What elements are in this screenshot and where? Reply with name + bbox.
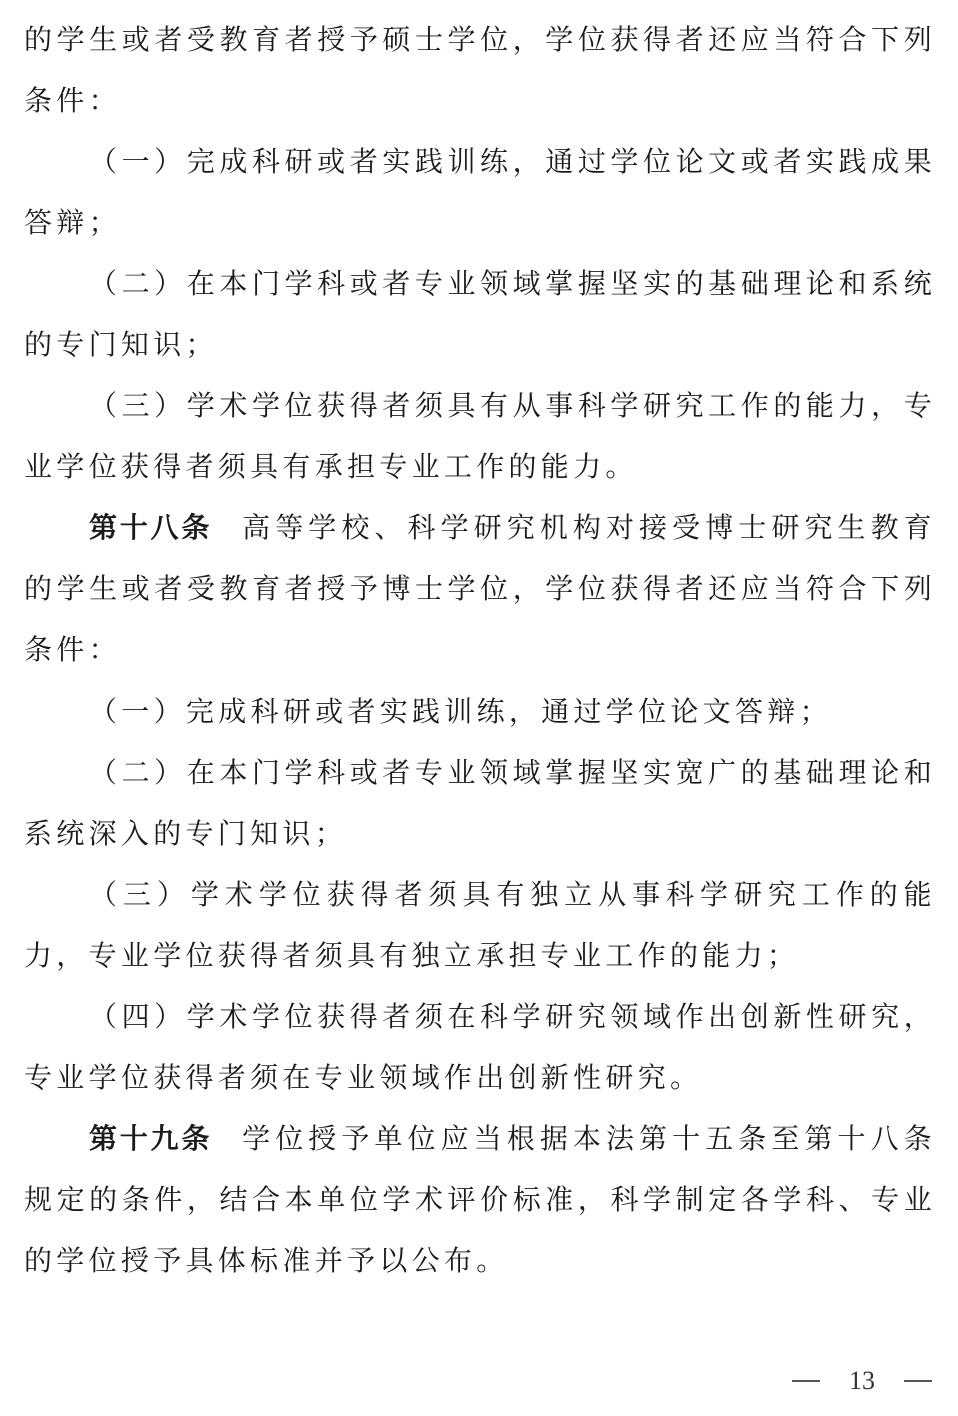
- paragraph-article-18: 第十八条高等学校、科学研究机构对接受博士研究生教育的学生或者受教育者授予博士学位…: [24, 497, 936, 680]
- paragraph-text: （二）在本门学科或者专业领域掌握坚实的基础理论和系统的专门知识；: [24, 267, 936, 361]
- article-label: 第十九条: [89, 1122, 212, 1155]
- paragraph-text: （三）学术学位获得者须具有独立从事科学研究工作的能力，专业学位获得者须具有独立承…: [24, 878, 936, 972]
- paragraph-art17-item3: （三）学术学位获得者须具有从事科学研究工作的能力，专业学位获得者须具有承担专业工…: [24, 375, 936, 497]
- paragraph-art17-item2: （二）在本门学科或者专业领域掌握坚实的基础理论和系统的专门知识；: [24, 253, 936, 375]
- page-number-footer: 13: [792, 1366, 932, 1396]
- paragraph-article-19: 第十九条学位授予单位应当根据本法第十五条至第十八条规定的条件，结合本单位学术评价…: [24, 1108, 936, 1291]
- paragraph-text: （一）完成科研或者实践训练，通过学位论文或者实践成果答辩；: [24, 145, 936, 239]
- paragraph-art18-item1: （一）完成科研或者实践训练，通过学位论文答辩；: [24, 681, 936, 742]
- paragraph-text: （一）完成科研或者实践训练，通过学位论文答辩；: [89, 695, 832, 728]
- paragraph-continuation: 的学生或者受教育者授予硕士学位，学位获得者还应当符合下列条件：: [24, 9, 936, 131]
- page-number: 13: [849, 1366, 875, 1396]
- paragraph-text: （四）学术学位获得者须在科学研究领域作出创新性研究，专业学位获得者须在专业领域作…: [24, 1000, 936, 1094]
- article-label: 第十八条: [89, 511, 212, 544]
- paragraph-art17-item1: （一）完成科研或者实践训练，通过学位论文或者实践成果答辩；: [24, 131, 936, 253]
- paragraph-text: （二）在本门学科或者专业领域掌握坚实宽广的基础理论和系统深入的专门知识；: [24, 756, 936, 850]
- paragraph-art18-item2: （二）在本门学科或者专业领域掌握坚实宽广的基础理论和系统深入的专门知识；: [24, 742, 936, 864]
- left-dash-decoration: [792, 1380, 820, 1382]
- paragraph-art18-item4: （四）学术学位获得者须在科学研究领域作出创新性研究，专业学位获得者须在专业领域作…: [24, 986, 936, 1108]
- paragraph-text: 的学生或者受教育者授予硕士学位，学位获得者还应当符合下列条件：: [24, 23, 936, 117]
- document-page: 的学生或者受教育者授予硕士学位，学位获得者还应当符合下列条件： （一）完成科研或…: [24, 9, 936, 1291]
- paragraph-text: （三）学术学位获得者须具有从事科学研究工作的能力，专业学位获得者须具有承担专业工…: [24, 389, 936, 483]
- paragraph-art18-item3: （三）学术学位获得者须具有独立从事科学研究工作的能力，专业学位获得者须具有独立承…: [24, 864, 936, 986]
- right-dash-decoration: [904, 1380, 932, 1382]
